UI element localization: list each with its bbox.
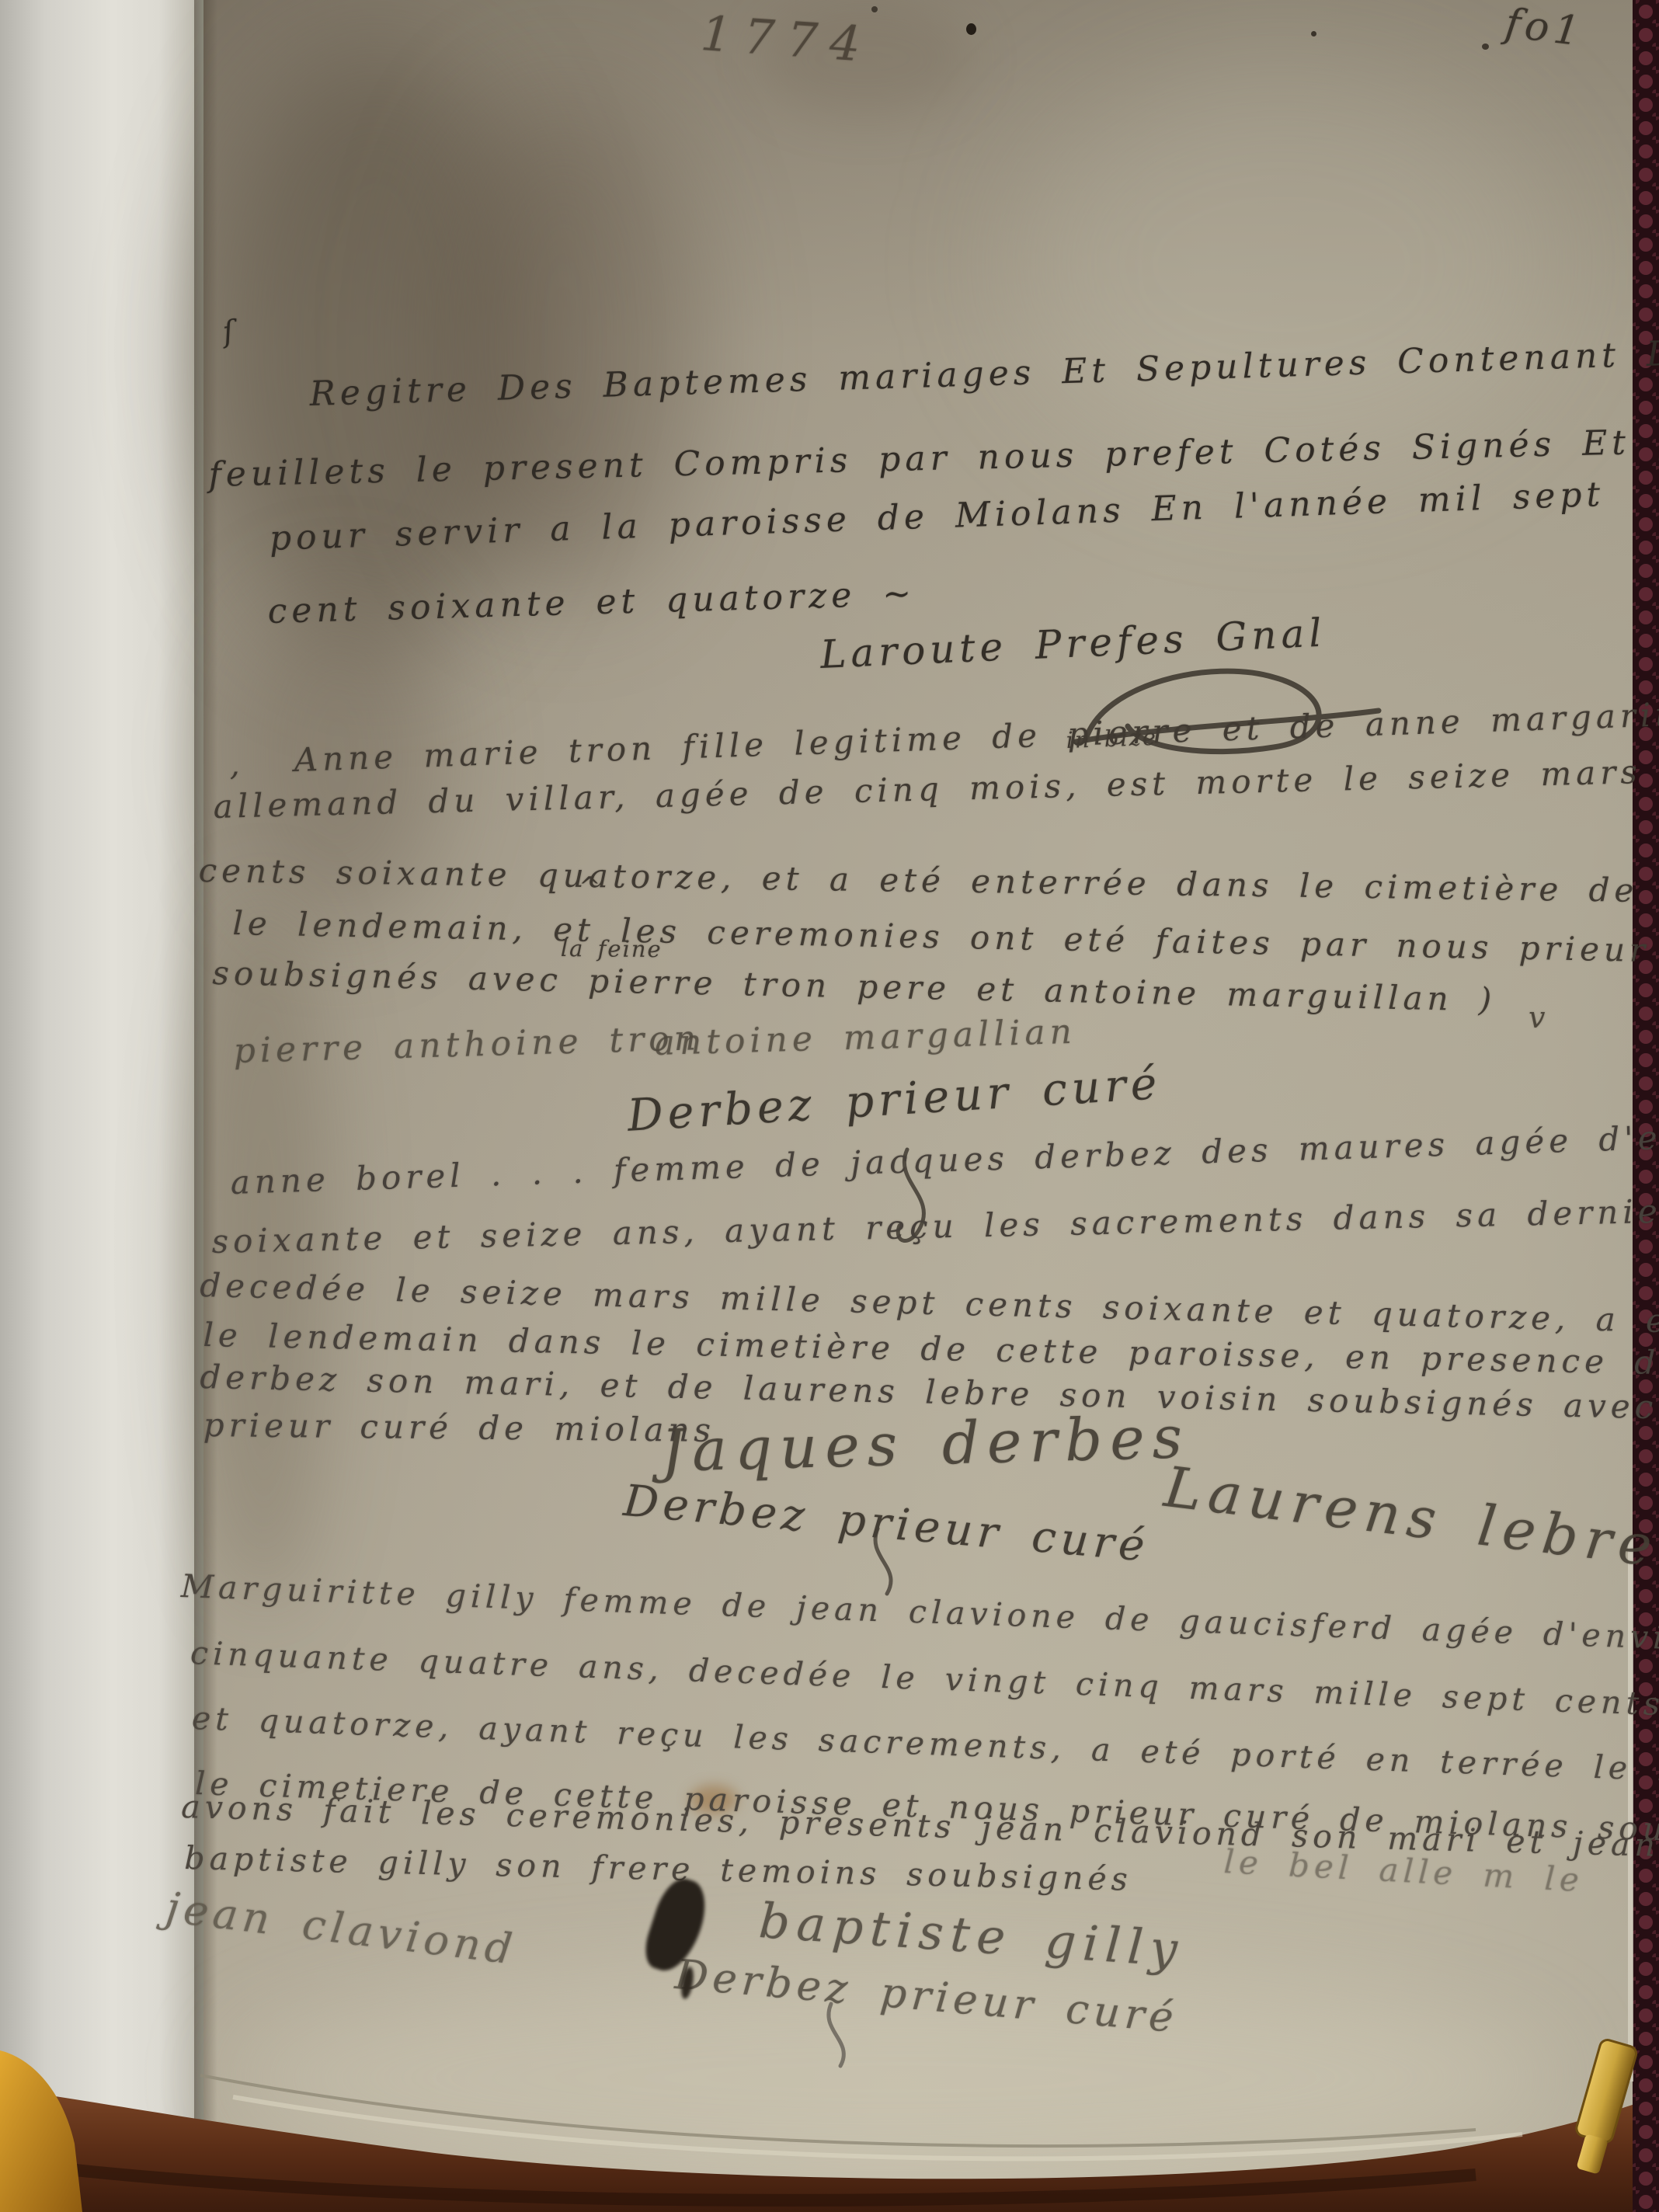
table-wood xyxy=(0,2088,1659,2212)
insertion-caret: ^ xyxy=(579,871,606,903)
signature-flourish xyxy=(829,2004,843,2066)
page-year: 1774 xyxy=(699,5,875,73)
burial-record-line: prieur curé de miolans xyxy=(203,1406,715,1449)
chair-corner xyxy=(0,2050,82,2212)
witness-signature: Jaques derbes xyxy=(660,1403,1191,1485)
page-edge-line xyxy=(200,2075,1476,2146)
page-edge-line xyxy=(233,2097,1522,2158)
manuscript-photo: 1774 fo1 ſ Regitre Des Baptemes mariages… xyxy=(0,0,1659,2212)
folio-number: fo1 xyxy=(1503,0,1587,56)
check-mark: v xyxy=(1529,1000,1549,1035)
margin-mark: , xyxy=(230,747,245,783)
interline-insertion: la feine xyxy=(561,935,663,962)
book-cover-leather xyxy=(1633,0,1659,2212)
